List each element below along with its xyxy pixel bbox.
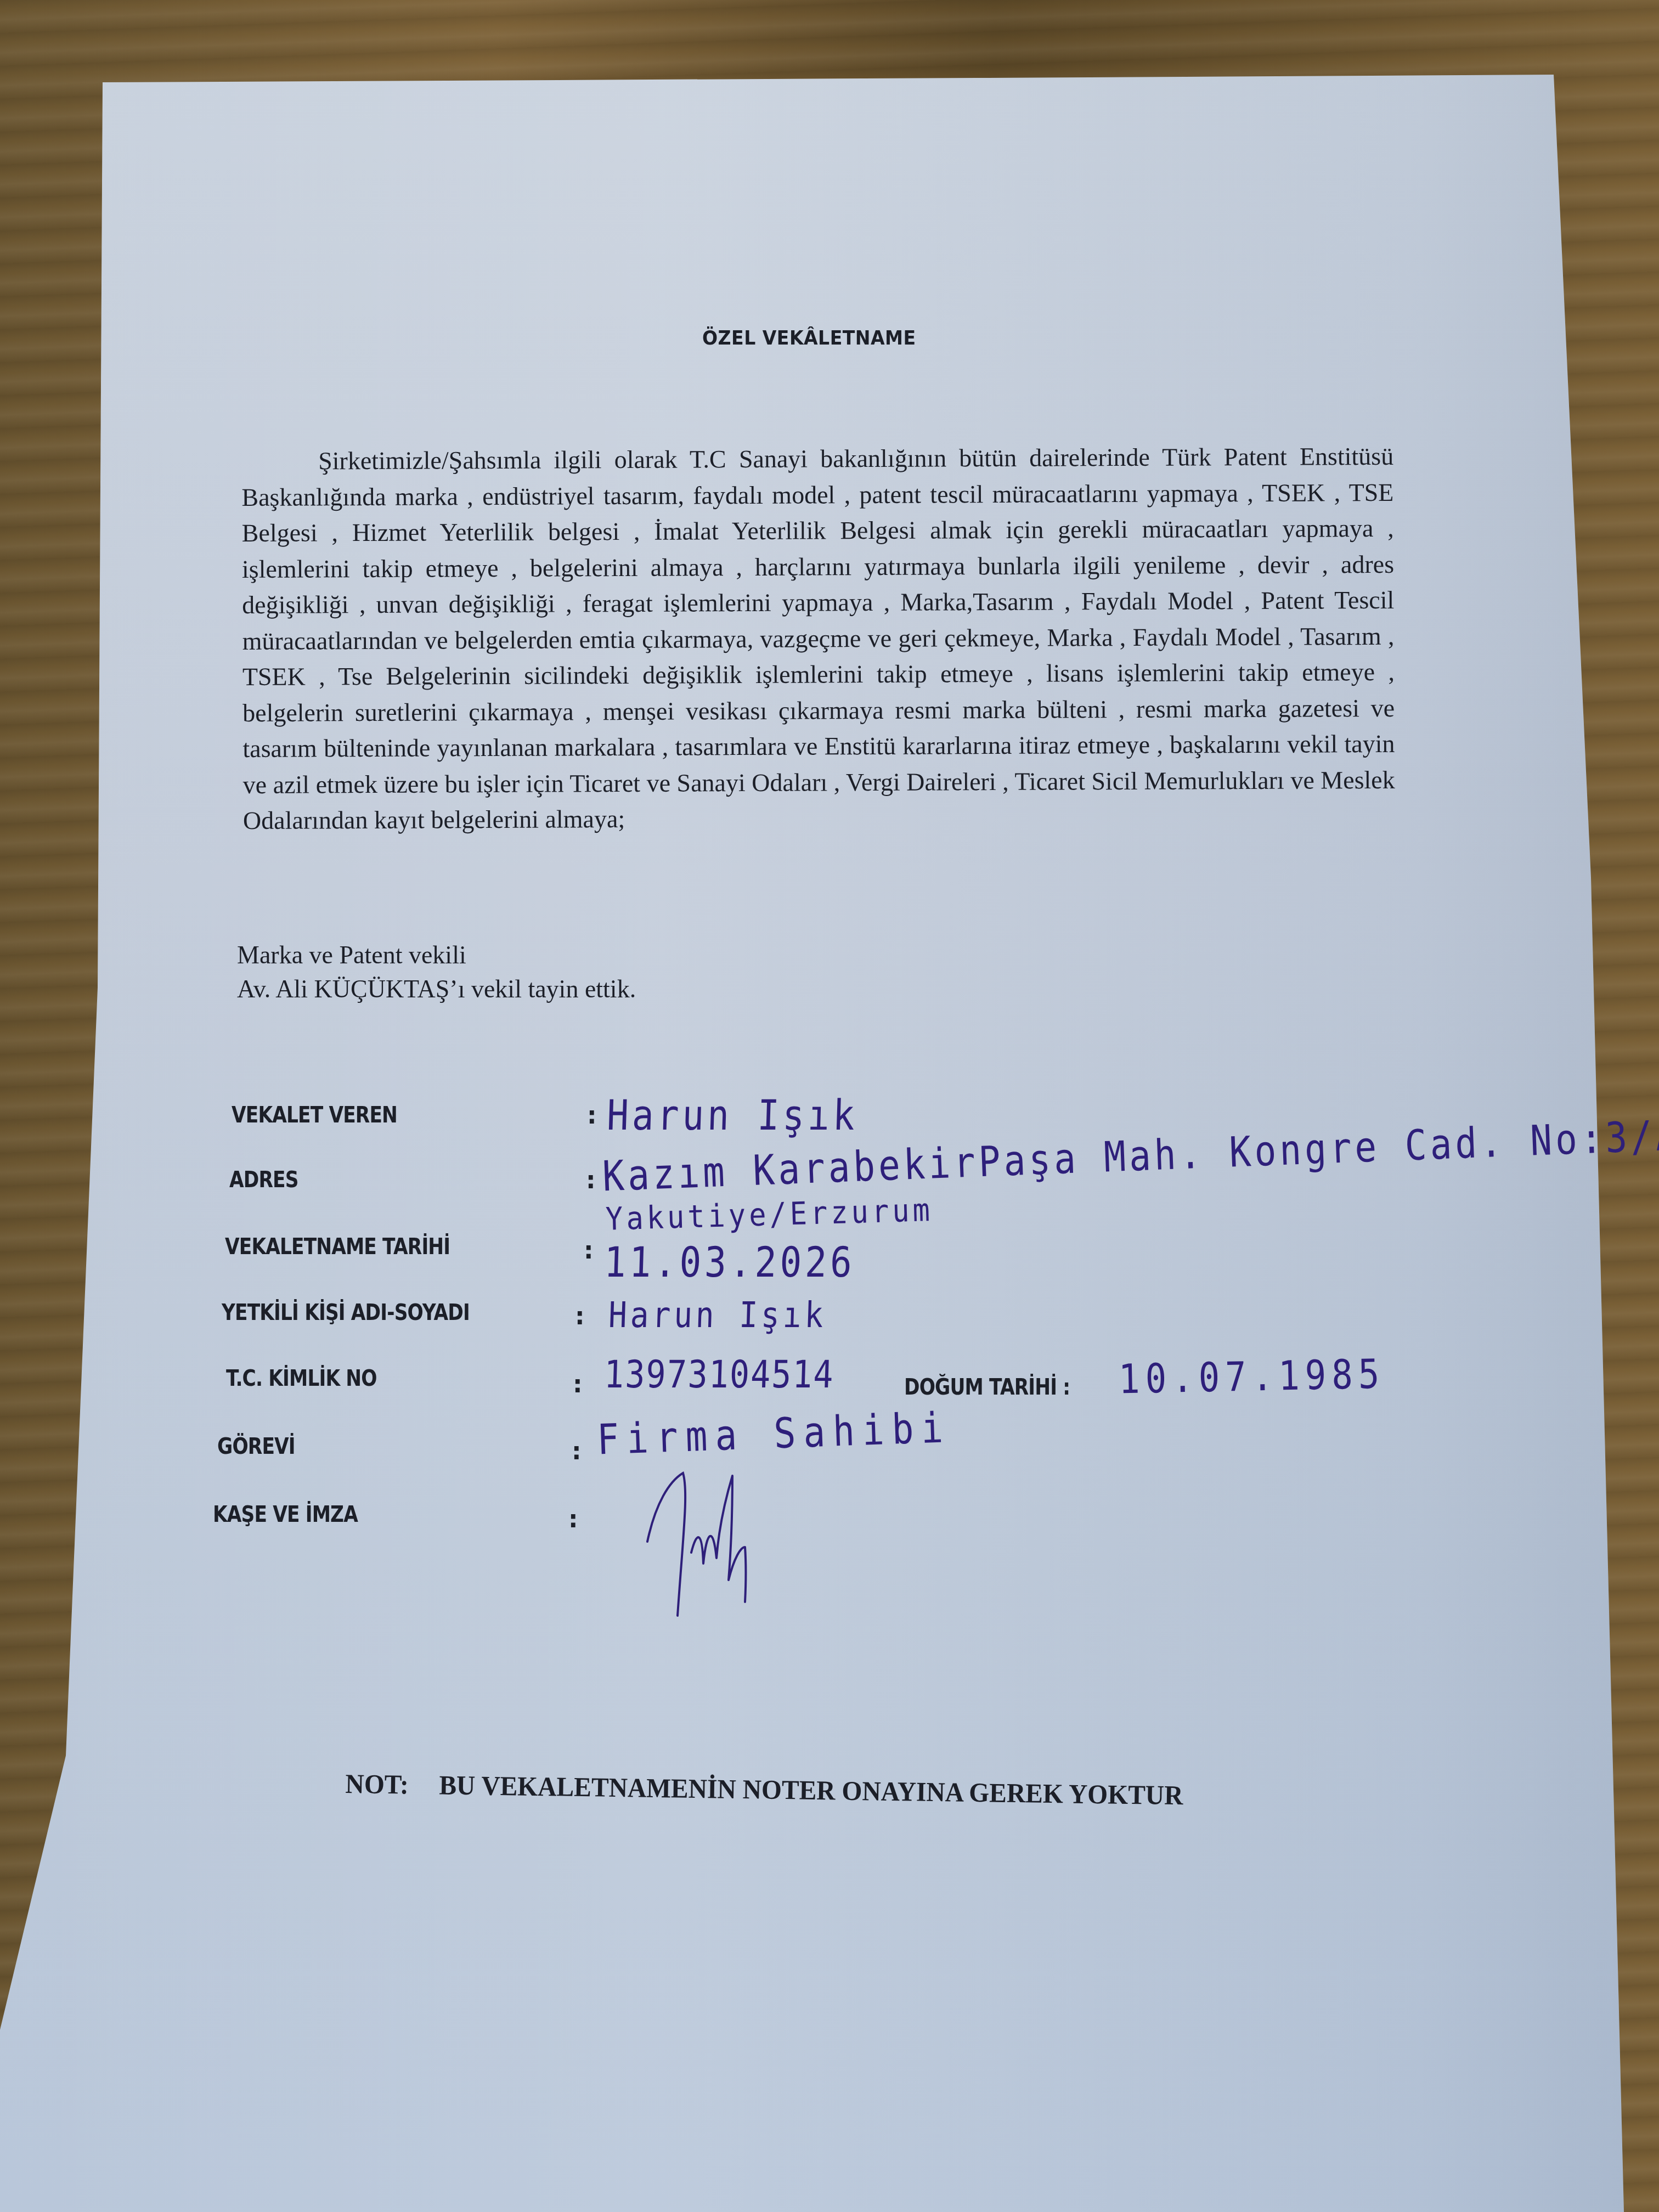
handwritten-signature-icon: [636, 1470, 790, 1624]
colon-separator: :: [586, 1166, 596, 1194]
document-title: ÖZEL VEKÂLETNAME: [702, 327, 916, 349]
label-vekaletname-tarihi: VEKALETNAME TARİHİ: [225, 1234, 450, 1260]
label-kase-ve-imza: KAŞE VE İMZA: [213, 1502, 358, 1527]
note-text: BU VEKALETNAMENİN NOTER ONAYINA GEREK YO…: [439, 1769, 1183, 1810]
value-adres-line-2: Yakutiye/Erzurum: [605, 1192, 934, 1238]
value-tc-kimlik-no: 13973104514: [603, 1353, 835, 1397]
label-yetkili-kisi: YETKİLİ KİŞİ ADI-SOYADI: [222, 1300, 470, 1325]
colon-separator: :: [573, 1370, 583, 1398]
note-label: NOT:: [345, 1768, 409, 1800]
label-vekalet-veren: VEKALET VEREN: [232, 1103, 397, 1128]
body-paragraph: Şirketimizle/Şahsımla ilgili olarak T.C …: [241, 438, 1395, 839]
colon-separator: :: [587, 1102, 597, 1130]
value-gorevi: Firma Sahibi: [596, 1403, 952, 1464]
notary-note: NOT: BU VEKALETNAMENİN NOTER ONAYINA GER…: [345, 1768, 1183, 1811]
colon-separator: :: [572, 1437, 582, 1465]
colon-separator: :: [568, 1505, 578, 1533]
label-dogum-tarihi: DOĞUM TARİHİ :: [904, 1375, 1070, 1400]
label-adres: ADRES: [229, 1167, 298, 1193]
attorney-line-1: Marka ve Patent vekili: [237, 938, 636, 972]
attorney-line-2: Av. Ali KÜÇÜKTAŞ’ı vekil tayin ettik.: [237, 972, 636, 1006]
value-vekaletname-tarihi: 11.03.2026: [603, 1238, 856, 1286]
label-tc-kimlik-no: T.C. KİMLİK NO: [226, 1366, 377, 1391]
document-page: ÖZEL VEKÂLETNAME Şirketimizle/Şahsımla i…: [0, 0, 1659, 2212]
label-gorevi: GÖREVİ: [217, 1434, 295, 1459]
value-vekalet-veren: Harun Işık: [606, 1091, 859, 1139]
colon-separator: :: [575, 1302, 585, 1330]
attorney-block: Marka ve Patent vekili Av. Ali KÜÇÜKTAŞ’…: [237, 938, 636, 1006]
colon-separator: :: [584, 1237, 594, 1265]
value-dogum-tarihi: 10.07.1985: [1118, 1351, 1385, 1403]
value-yetkili-kisi: Harun Işık: [608, 1295, 827, 1336]
